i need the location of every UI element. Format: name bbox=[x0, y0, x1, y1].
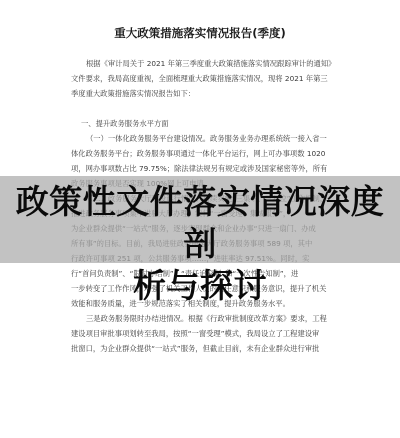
overlay-title: 政策性文件落实情况深度剖 析与探讨 bbox=[0, 181, 400, 307]
paragraph-line: 建设项目审批事项划转至我局，按照“一窗受理”模式，我局设立了工程建设审 bbox=[71, 326, 333, 341]
paragraph-line: 批窗口，为企业群众提供“一站式”服务，但截止目前，未有企业群众进行审批 bbox=[71, 341, 333, 356]
overlay-title-line-1: 政策性文件落实情况深度剖 bbox=[0, 181, 400, 265]
paragraph-line: 季度重大政策措施落实情况报告如下： bbox=[71, 86, 333, 101]
paragraph-gap bbox=[71, 101, 333, 116]
paragraph-line: 体化政务服务平台；政务服务事项通过一体化平台运行，网上可办事项数 1020 bbox=[71, 146, 333, 161]
document-page: 重大政策措施落实情况报告(季度) 根据《审计局关于 2021 年第三季度重大政策… bbox=[0, 0, 400, 438]
paragraph-line: （一）一体化政务服务平台建设情况。政务服务业务办理系统统一接入省一 bbox=[71, 131, 333, 146]
paragraph-line: 项，网办事项数占比 79.75%；除法律法规另有规定或涉及国家秘密等外，所有 bbox=[71, 161, 333, 176]
paragraph-line: 三是政务服务限时办结进情况。根据《行政审批制度改革方案》要求，工程 bbox=[71, 311, 333, 326]
section-heading: 一、提升政务服务水平方面 bbox=[71, 116, 333, 131]
paragraph-line: 文件要求，我局高度重视，全面梳理重大政策措施落实情况，现将 2021 年第三 bbox=[71, 71, 333, 86]
paragraph-line: 根据《审计局关于 2021 年第三季度重大政策措施落实情况跟踪审计的通知》 bbox=[71, 56, 333, 71]
document-title: 重大政策措施落实情况报告(季度) bbox=[0, 25, 400, 41]
overlay-title-line-2: 析与探讨 bbox=[0, 265, 400, 307]
